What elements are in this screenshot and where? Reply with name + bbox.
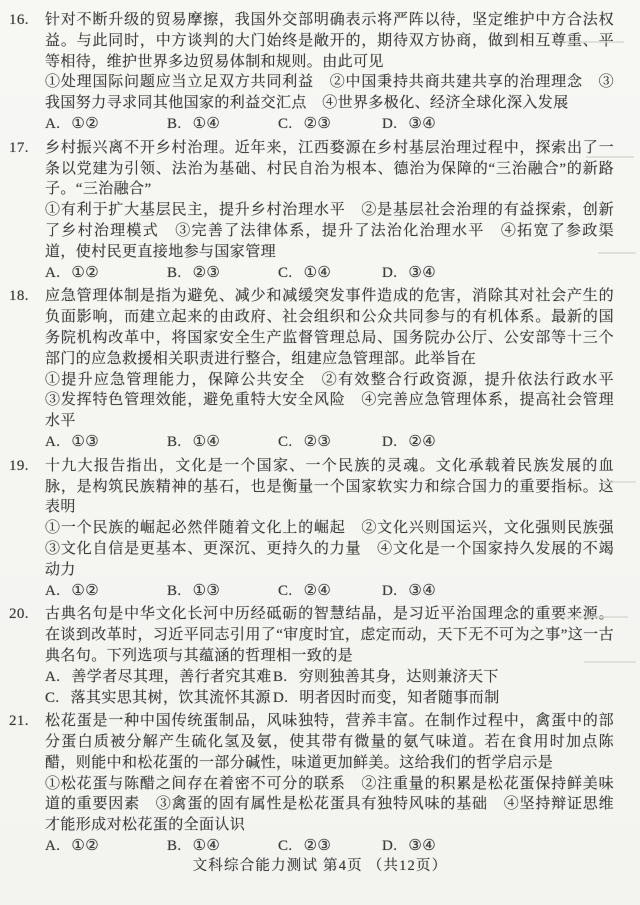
question-stem: 乡村振兴离不开乡村治理。近年来，江西婺源在乡村基层治理过程中，探索出了一条以党建…: [45, 138, 614, 200]
question-stem: 针对不断升级的贸易摩擦，我国外交部明确表示将严阵以待，坚定维护中方合法权益。与此…: [45, 10, 614, 72]
option-d: D.③④: [382, 581, 614, 602]
scan-artifact: [598, 252, 636, 254]
option-c: C.②③: [278, 114, 382, 135]
question-16: 16. 针对不断升级的贸易摩擦，我国外交部明确表示将严阵以待，坚定维护中方合法权…: [8, 10, 614, 135]
scan-artifact: [602, 481, 636, 483]
question-number: 20.: [9, 604, 43, 625]
option-c: C.②③: [278, 432, 382, 453]
option-a: A.①②: [45, 114, 167, 135]
option-c: C.②④: [278, 581, 382, 602]
option-b: B.①④: [167, 114, 278, 135]
page-footer: 文科综合能力测试 第4页 （共12页）: [0, 854, 640, 875]
question-number: 19.: [9, 456, 43, 477]
question-number: 17.: [9, 138, 43, 159]
option-d: D.③④: [382, 263, 614, 284]
question-number: 16.: [9, 10, 43, 31]
options-row: A.①② B.①③ C.②④ D.③④: [45, 581, 614, 602]
question-19: 19. 十九大报告指出，文化是一个国家、一个民族的灵魂。文化承载着民族发展的血脉…: [8, 456, 614, 602]
scan-artifact: [586, 156, 634, 158]
question-number: 21.: [9, 711, 43, 732]
question-17: 17. 乡村振兴离不开乡村治理。近年来，江西婺源在乡村基层治理过程中，探索出了一…: [8, 138, 614, 284]
option-b: B.穷则独善其身，达则兼济天下: [273, 667, 614, 688]
question-stem: 应急管理体制是指为避免、减少和减缓突发事件造成的危害，消除其对社会产生的负面影响…: [45, 286, 614, 369]
question-20: 20. 古典名句是中华文化长河中历经砥砺的智慧结晶，是习近平治国理念的重要来源。…: [8, 604, 614, 708]
option-a: A.①③: [45, 432, 167, 453]
question-items: ①处理国际问题应当立足双方共同利益 ②中国秉持共商共建共享的治理理念 ③我国努力…: [45, 72, 614, 114]
question-items: ①有利于扩大基层民主，提升乡村治理水平 ②是基层社会治理的有益探索，创新了乡村治…: [45, 200, 614, 262]
option-a: A.①②: [45, 581, 167, 602]
option-b: B.②③: [167, 263, 278, 284]
option-c: C.落其实思其树，饮其流怀其源: [45, 688, 273, 709]
option-d: D.③④: [382, 114, 614, 135]
scan-artifact: [584, 661, 636, 663]
options-row: A.善学者尽其理，善行者究其难 B.穷则独善其身，达则兼济天下 C.落其实思其树…: [45, 667, 614, 709]
question-items: ①一个民族的崛起必然伴随着文化上的崛起 ②文化兴则国运兴，文化强则民族强 ③文化…: [45, 518, 614, 580]
scan-artifact: [562, 41, 624, 43]
question-21: 21. 松花蛋是一种中国传统蛋制品，风味独特，营养丰富。在制作过程中，禽蛋中的部…: [8, 711, 614, 857]
option-d: D.②④: [382, 432, 614, 453]
question-items: ①松花蛋与陈醋之间存在着密不可分的联系 ②注重量的积累是松花蛋保持鲜美味道的重要…: [45, 774, 614, 836]
scan-artifact: [558, 616, 628, 618]
options-row: A.①② B.②③ C.①④ D.③④: [45, 263, 614, 284]
exam-page: 16. 针对不断升级的贸易摩擦，我国外交部明确表示将严阵以待，坚定维护中方合法权…: [0, 0, 640, 905]
question-items: ①提升应急管理能力，保障公共安全 ②有效整合行政资源，提升依法行政水平 ③发挥特…: [45, 370, 614, 432]
question-stem: 十九大报告指出，文化是一个国家、一个民族的灵魂。文化承载着民族发展的血脉，是构筑…: [45, 456, 614, 518]
option-b: B.①③: [167, 581, 278, 602]
option-b: B.①④: [167, 432, 278, 453]
options-row: A.①② B.①④ C.②③ D.③④: [45, 114, 614, 135]
options-row: A.①③ B.①④ C.②③ D.②④: [45, 432, 614, 453]
questions-area: 16. 针对不断升级的贸易摩擦，我国外交部明确表示将严阵以待，坚定维护中方合法权…: [8, 10, 614, 860]
option-d: D.明者因时而变，知者随事而制: [273, 688, 614, 709]
question-stem: 古典名句是中华文化长河中历经砥砺的智慧结晶，是习近平治国理念的重要来源。在谈到改…: [45, 604, 614, 666]
question-18: 18. 应急管理体制是指为避免、减少和减缓突发事件造成的危害，消除其对社会产生的…: [8, 286, 614, 452]
option-a: A.善学者尽其理，善行者究其难: [45, 667, 273, 688]
option-a: A.①②: [45, 263, 167, 284]
option-c: C.①④: [278, 263, 382, 284]
question-stem: 松花蛋是一种中国传统蛋制品，风味独特，营养丰富。在制作过程中，禽蛋中的部分蛋白质…: [45, 711, 614, 773]
question-number: 18.: [9, 286, 43, 307]
